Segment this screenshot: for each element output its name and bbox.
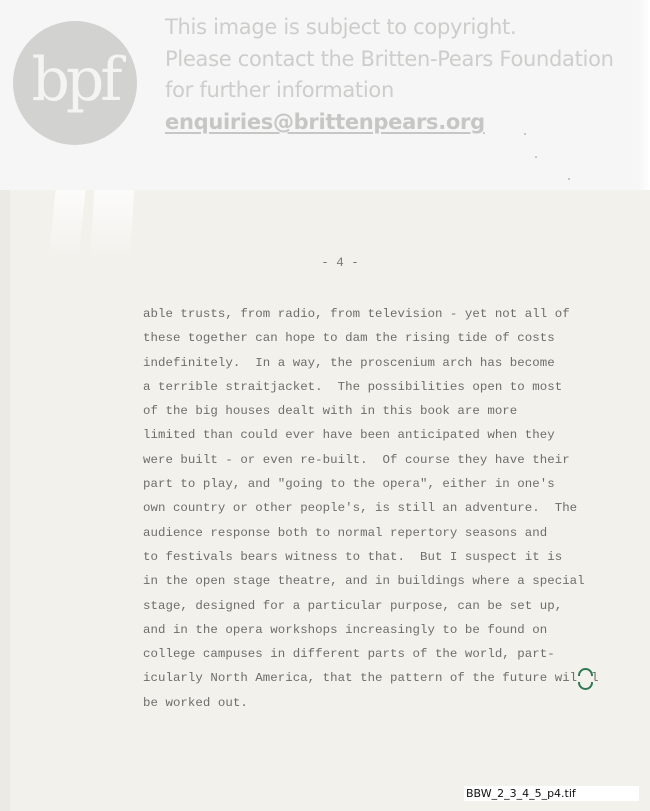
text-line: were built - or even re-built. Of course…	[143, 452, 603, 476]
filename-label: BBW_2_3_4_5_p4.tif	[464, 786, 639, 801]
dust-speck	[568, 178, 570, 180]
text-line: audience response both to normal reperto…	[143, 525, 603, 549]
dust-speck	[524, 133, 526, 135]
scan-edge	[0, 190, 10, 811]
text-line: a terrible straitjacket. The possibiliti…	[143, 379, 603, 403]
typescript-body: able trusts, from radio, from television…	[143, 306, 603, 719]
paper-crease	[48, 190, 85, 260]
text-line: in the open stage theatre, and in buildi…	[143, 573, 603, 597]
text-line: to festivals bears witness to that. But …	[143, 549, 603, 573]
paper-crease	[90, 190, 135, 260]
close-up-proof-mark-icon	[577, 670, 591, 686]
typescript-page: - 4 - able trusts, from radio, from tele…	[10, 190, 650, 811]
bpf-logo-text: bpf	[13, 21, 137, 145]
page-number: - 4 -	[10, 256, 650, 270]
text-line: indefinitely. In a way, the proscenium a…	[143, 355, 603, 379]
dust-speck	[535, 156, 537, 158]
text-line: and in the opera workshops increasingly …	[143, 622, 603, 646]
further-info-notice: for further information	[165, 78, 394, 102]
text-segment: icularly North America, that the pattern…	[143, 671, 577, 685]
text-line: of the big houses dealt with in this boo…	[143, 403, 603, 427]
text-line: able trusts, from radio, from television…	[143, 306, 603, 330]
text-line: own country or other people's, is still …	[143, 500, 603, 524]
text-line: be worked out.	[143, 695, 603, 719]
text-line: limited than could ever have been antici…	[143, 427, 603, 451]
text-line-with-correction: icularly North America, that the pattern…	[143, 670, 603, 694]
copyright-banner: bpf This image is subject to copyright. …	[0, 0, 650, 190]
text-line: part to play, and "going to the opera", …	[143, 476, 603, 500]
text-line: these together can hope to dam the risin…	[143, 330, 603, 354]
copyright-notice: This image is subject to copyright.	[165, 15, 516, 39]
bpf-logo: bpf	[13, 21, 137, 145]
text-line: college campuses in different parts of t…	[143, 646, 603, 670]
banner-edge	[638, 0, 650, 190]
contact-notice: Please contact the Britten-Pears Foundat…	[165, 47, 614, 71]
text-line: stage, designed for a particular purpose…	[143, 598, 603, 622]
enquiries-email-link[interactable]: enquiries@brittenpears.org	[165, 110, 485, 134]
